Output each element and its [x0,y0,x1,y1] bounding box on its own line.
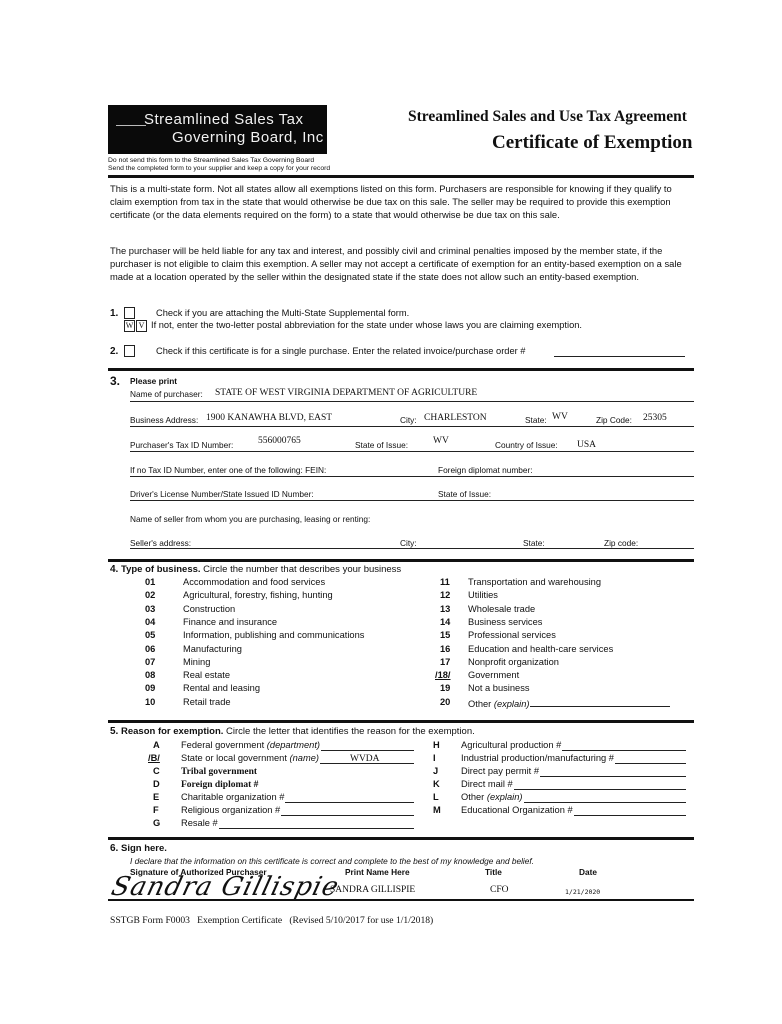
exemption-reason-field[interactable] [285,793,414,803]
form-footer: SSTGB Form F0003 Exemption Certificate (… [110,915,433,926]
business-code[interactable]: 01 [145,577,155,587]
exemption-reason-label: Direct mail # [461,779,513,789]
business-type-label: Accommodation and food services [183,577,325,587]
reason-hint: (department) [267,740,320,750]
fein-field-line[interactable] [130,476,694,477]
title-value[interactable]: CFO [490,885,508,895]
logo-decoration [116,125,146,126]
tax-id-line [130,451,694,452]
business-type-label: Agricultural, forestry, fishing, hunting [183,590,333,600]
business-code[interactable]: 19 [440,683,450,693]
business-code[interactable]: 08 [145,670,155,680]
dl-state-of-issue-label: State of Issue: [438,489,491,499]
exemption-reason-label: Religious organization # [181,805,280,815]
other-explain-field[interactable] [530,697,670,707]
country-of-issue-label: Country of Issue: [495,440,558,450]
exemption-code[interactable]: F [153,805,159,815]
exemption-code[interactable]: K [433,779,440,789]
business-type-label: Professional services [468,630,556,640]
drivers-license-label: Driver's License Number/State Issued ID … [130,489,314,499]
business-type-label: Nonprofit organization [468,657,559,667]
intro-paragraph-2: The purchaser will be held liable for an… [110,244,695,284]
logo-line2: Governing Board, Inc [172,129,324,146]
exemption-code[interactable]: C [153,766,160,776]
seller-zip-label: Zip code: [604,538,638,548]
exemption-reason-field[interactable] [574,806,686,816]
exemption-reason-label: Tribal government [181,766,257,777]
section-5-heading: 5. Reason for exemption. Circle the lett… [110,726,475,737]
state-label: State: [525,415,547,425]
exemption-reason-field[interactable] [321,741,414,751]
business-type-label: Utilities [468,590,498,600]
struck-reason: Foreign diplomat # [181,780,258,790]
exemption-reason-field[interactable] [562,741,686,751]
business-code[interactable]: 03 [145,604,155,614]
tax-id-value[interactable]: 556000765 [258,436,301,446]
section-6-heading: 6. Sign here. [110,843,167,854]
send-to-supplier-note: Send the completed form to your supplier… [108,165,330,172]
multistate-supplemental-checkbox[interactable] [124,307,135,319]
section-3-number: 3. [110,374,120,388]
exemption-code[interactable]: L [433,792,439,802]
business-type-label: Other (explain) [468,697,670,709]
exemption-reason-field[interactable] [514,780,686,790]
seller-address-label: Seller's address: [130,538,191,548]
business-type-label: Not a business [468,683,530,693]
business-code[interactable]: 06 [145,644,155,654]
section-1-number: 1. [110,308,118,319]
section-2-number: 2. [110,346,118,357]
section-5-number: 5. [110,726,118,737]
do-not-send-note: Do not send this form to the Streamlined… [108,157,314,164]
reason-hint: (name) [290,753,319,763]
print-name-value[interactable]: SANDRA GILLISPIE [330,885,415,895]
seller-address-field-line[interactable] [130,548,694,549]
exemption-code[interactable]: E [153,792,159,802]
exemption-reason-label: Federal government (department) [181,740,320,750]
business-type-label: Government [468,670,519,680]
business-type-label: Education and health-care services [468,644,613,654]
exemption-code[interactable]: H [433,740,440,750]
exemption-reason-label: Agricultural production # [461,740,561,750]
business-code[interactable]: 20 [440,697,450,707]
section-5-instruction: Circle the letter that identifies the re… [226,726,475,737]
business-code[interactable]: 11 [440,577,450,587]
business-code[interactable]: 04 [145,617,155,627]
business-type-label: Real estate [183,670,230,680]
tax-id-state-of-issue-label: State of Issue: [355,440,408,450]
exemption-reason-label: Educational Organization # [461,805,573,815]
purchaser-name-line [130,401,694,402]
country-of-issue-value[interactable]: USA [577,440,596,450]
reason-hint: (explain) [487,792,523,802]
section-4-heading: 4. Type of business. Circle the number t… [110,564,401,575]
business-type-label: Business services [468,617,542,627]
exemption-reason-label: Charitable organization # [181,792,284,802]
section-4-divider [108,559,694,562]
business-type-label: Retail trade [183,697,231,707]
seller-city-label: City: [400,538,417,548]
business-code[interactable]: 13 [440,604,450,614]
exemption-reason-field[interactable] [219,819,414,829]
section-5-title: Reason for exemption. [121,726,223,737]
section-4-title: Type of business. [121,564,201,575]
foreign-diplomat-number-label: Foreign diplomat number: [438,465,533,475]
exemption-reason-label: State or local government (name) [181,753,319,763]
city-value[interactable]: CHARLESTON [424,413,487,423]
invoice-number-field[interactable] [554,356,685,357]
state-value[interactable]: WV [552,412,568,422]
section-4-instruction: Circle the number that describes your bu… [203,564,401,575]
purchaser-signature[interactable]: Sandra Gillispie [108,872,342,902]
business-code-selected[interactable]: /18/ [435,670,451,680]
logo-line1: Streamlined Sales Tax [144,111,303,128]
seller-name-label: Name of seller from whom you are purchas… [130,514,370,524]
exemption-code[interactable]: A [153,740,160,750]
exemption-reason-label: Industrial production/manufacturing # [461,753,614,763]
exemption-reason-label: Foreign diplomat # [181,779,258,790]
exemption-reason-field[interactable] [524,793,687,803]
exemption-code[interactable]: D [153,779,160,789]
form-id: SSTGB Form F0003 [110,915,190,926]
business-type-label: Wholesale trade [468,604,535,614]
declaration-text: I declare that the information on this c… [130,856,534,866]
state-abbreviation-label: If not, enter the two-letter postal abbr… [151,320,582,330]
section-3-divider [108,368,694,371]
multistate-checkbox-label: Check if you are attaching the Multi-Sta… [156,308,409,318]
exemption-code-selected[interactable]: /B/ [148,753,160,763]
section-6-divider [108,837,694,840]
exemption-code[interactable]: G [153,818,160,828]
section-6-number: 6. [110,843,118,854]
section-5-divider [108,720,694,723]
agreement-title: Streamlined Sales and Use Tax Agreement [408,108,687,126]
business-address-value[interactable]: 1900 KANAWHA BLVD, EAST [206,413,332,423]
business-code[interactable]: 10 [145,697,155,707]
title-label: Title [485,867,502,877]
struck-reason: Tribal government [181,767,257,777]
fein-label: If no Tax ID Number, enter one of the fo… [130,465,326,475]
address-line [130,426,694,427]
tax-id-label: Purchaser's Tax ID Number: [130,440,233,450]
form-revision: (Revised 5/10/2017 for use 1/1/2018) [289,915,433,926]
business-code[interactable]: 17 [440,657,450,667]
please-print-heading: Please print [130,376,177,386]
header-divider [108,175,694,178]
drivers-license-field-line[interactable] [130,500,694,501]
business-code[interactable]: 15 [440,630,450,640]
business-type-label: Information, publishing and communicatio… [183,630,364,640]
intro-paragraph-1: This is a multi-state form. Not all stat… [110,182,695,222]
business-code[interactable]: 12 [440,590,450,600]
state-letter-box-2[interactable]: V [136,320,147,332]
business-code[interactable]: 14 [440,617,450,627]
date-value[interactable]: 1/21/2020 [565,888,600,896]
exemption-reason-field[interactable] [615,754,686,764]
single-purchase-checkbox[interactable] [124,345,135,357]
business-type-label: Manufacturing [183,644,242,654]
purchaser-name-value[interactable]: STATE OF WEST VIRGINIA DEPARTMENT OF AGR… [215,388,477,398]
business-code[interactable]: 05 [145,630,155,640]
exemption-reason-field[interactable] [540,767,686,777]
exemption-reason-label: Direct pay permit # [461,766,539,776]
city-label: City: [400,415,417,425]
business-type-label: Mining [183,657,210,667]
business-type-label: Rental and leasing [183,683,260,693]
single-purchase-label: Check if this certificate is for a singl… [156,346,525,356]
business-address-label: Business Address: [130,415,198,425]
purchaser-name-label: Name of purchaser: [130,389,203,399]
print-name-label: Print Name Here [345,867,410,877]
business-code[interactable]: 02 [145,590,155,600]
zip-code-value[interactable]: 25305 [643,413,667,423]
exemption-code[interactable]: M [433,805,441,815]
section-6-title: Sign here. [121,843,167,854]
signature-line [108,899,694,901]
business-type-label: Transportation and warehousing [468,577,601,587]
tax-id-state-of-issue-value[interactable]: WV [433,436,449,446]
exemption-reason-label: Resale # [181,818,218,828]
state-letter-box-1[interactable]: W [124,320,135,332]
exemption-code[interactable]: J [433,766,438,776]
sstgb-logo: Streamlined Sales Tax Governing Board, I… [108,105,327,154]
date-label: Date [579,867,597,877]
section-4-number: 4. [110,564,118,575]
exemption-reason-label: Other (explain) [461,792,523,802]
exemption-code[interactable]: I [433,753,436,763]
exemption-reason-field[interactable] [281,806,414,816]
zip-code-label: Zip Code: [596,415,632,425]
business-code[interactable]: 16 [440,644,450,654]
business-type-label: Construction [183,604,235,614]
exemption-reason-field[interactable]: WVDA [320,754,414,764]
page-title: Certificate of Exemption [492,132,693,154]
form-name: Exemption Certificate [197,915,282,926]
seller-state-label: State: [523,538,545,548]
explain-hint: (explain) [494,699,530,709]
business-type-label: Finance and insurance [183,617,277,627]
business-code[interactable]: 09 [145,683,155,693]
business-code[interactable]: 07 [145,657,155,667]
